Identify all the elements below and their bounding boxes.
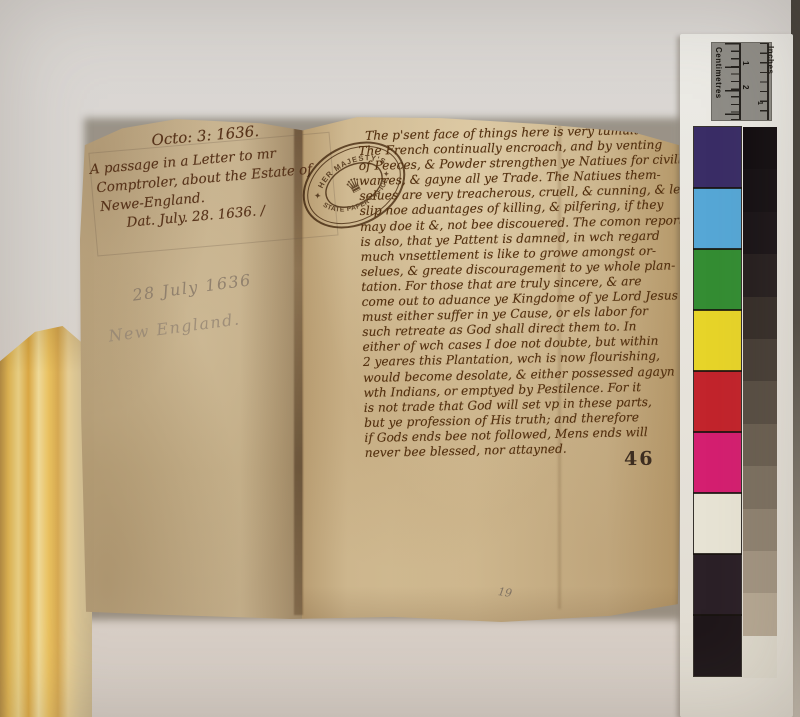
ruler-number: 1 (756, 101, 763, 105)
grayscale-step (743, 551, 777, 593)
grayscale-step (743, 593, 777, 635)
color-patch-green (694, 249, 741, 310)
binding-leaves-edge (0, 326, 92, 717)
color-patch-yellow (694, 310, 741, 371)
grayscale-step (743, 424, 777, 466)
grayscale-step (743, 254, 777, 296)
color-patch-magenta (694, 432, 741, 493)
ruler-number: 1 (741, 61, 750, 65)
inches-label: Inches (766, 46, 775, 74)
archive-photograph: Octo: 3: 1636. A passage in a Letter to … (0, 0, 800, 717)
manuscript-page: Octo: 3: 1636. A passage in a Letter to … (80, 112, 682, 622)
grayscale-step (743, 381, 777, 423)
ruler-number: 2 (741, 85, 750, 89)
centimetres-label: Centimetres (714, 47, 723, 99)
grayscale-step (743, 509, 777, 551)
grayscale-wedge-column (743, 127, 777, 678)
color-swatch-column (694, 127, 741, 676)
ruler-centre-line (739, 43, 741, 120)
color-patch-purple (694, 127, 741, 188)
grayscale-step (743, 339, 777, 381)
centimetre-major-ticks (725, 43, 739, 120)
color-patch-white (694, 493, 741, 554)
color-patch-blue (694, 188, 741, 249)
grayscale-step (743, 297, 777, 339)
pencil-folio-number: 19 (497, 585, 513, 600)
grayscale-step (743, 636, 777, 678)
color-calibration-card: Centimetres Inches 1 2 1 (680, 34, 793, 717)
grayscale-step (743, 127, 777, 169)
color-patch-black-warm (694, 554, 741, 615)
color-patch-red (694, 371, 741, 432)
letter-text-block: The p'sent face of things here is very t… (358, 122, 687, 461)
stamped-page-number: 46 (624, 448, 655, 471)
grayscale-step (743, 169, 777, 211)
grayscale-step (743, 466, 777, 508)
ruler-patch: Centimetres Inches 1 2 1 (711, 42, 772, 121)
color-patch-black (694, 615, 741, 676)
grayscale-step (743, 212, 777, 254)
